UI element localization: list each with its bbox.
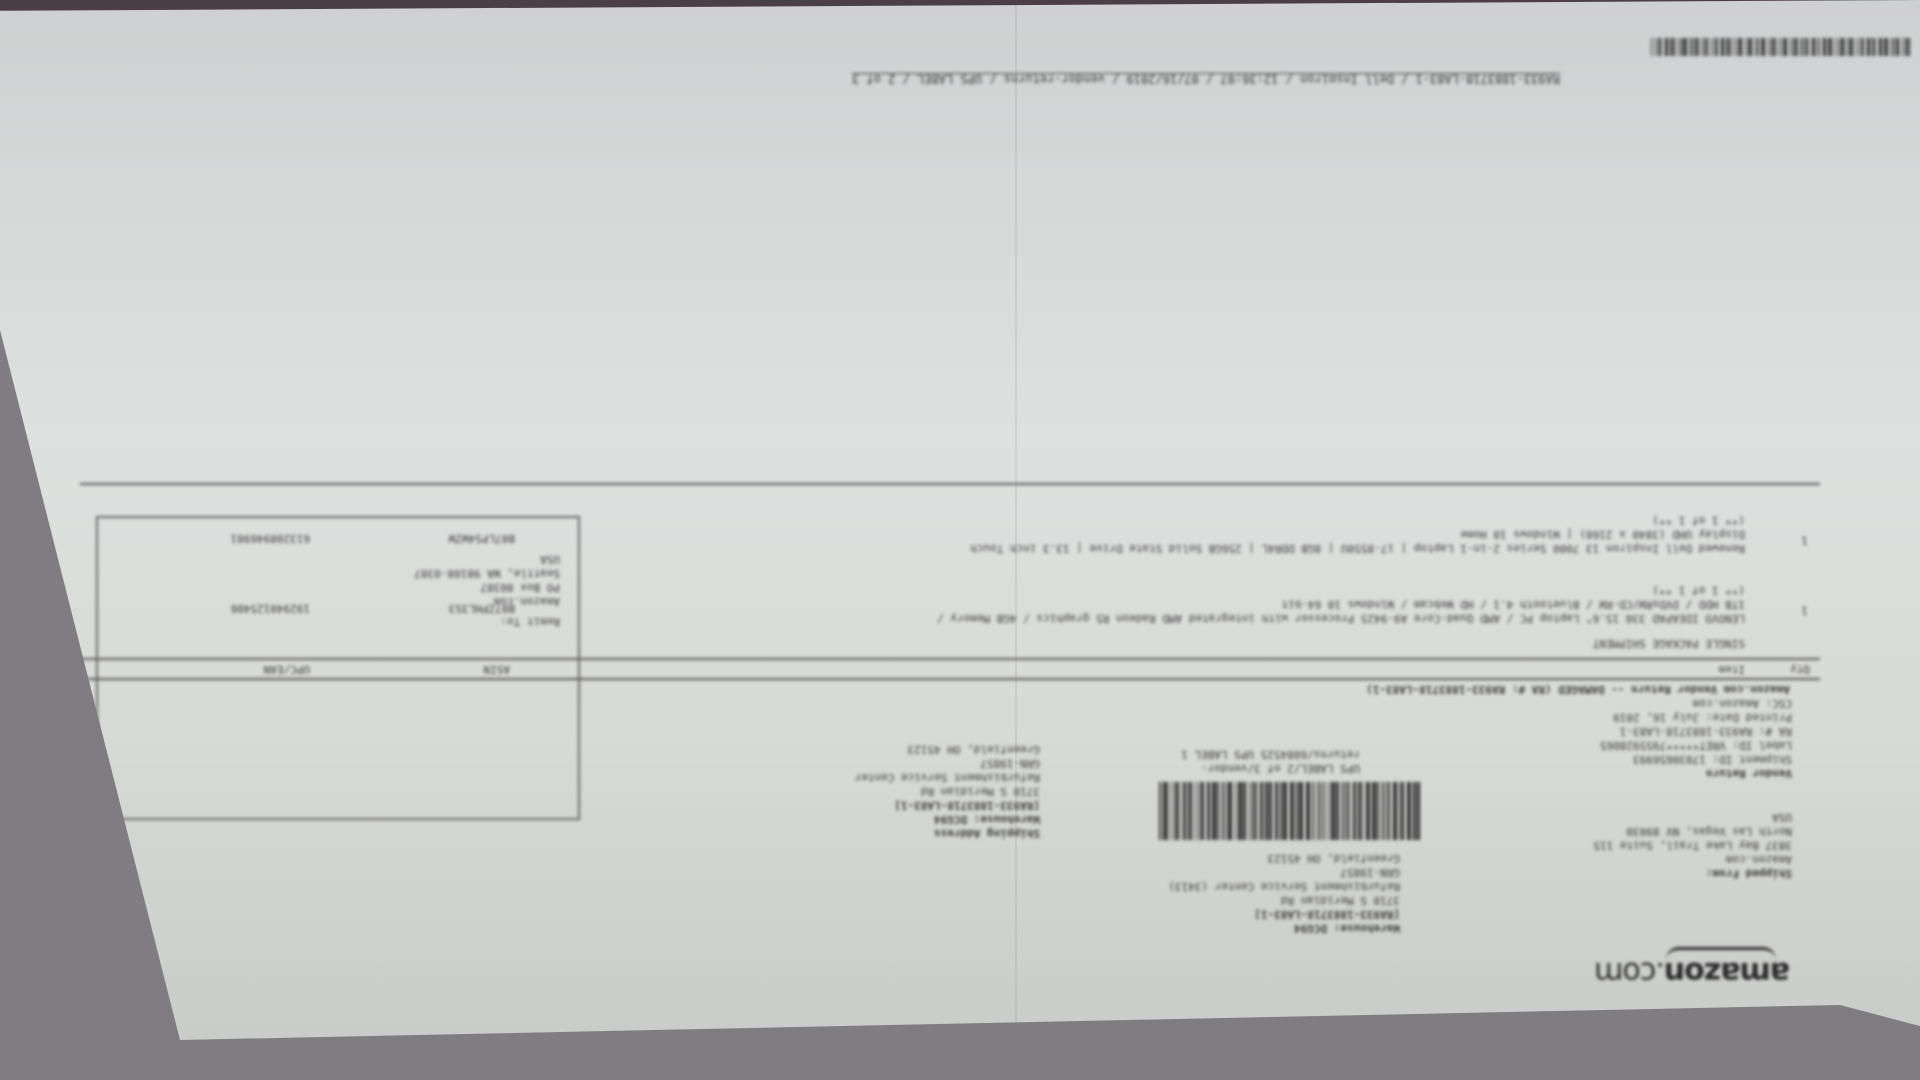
barcode-bar <box>1673 38 1675 56</box>
barcode-bar <box>1188 782 1191 840</box>
barcode-bar <box>1407 782 1411 840</box>
barcode-bar <box>1860 38 1861 56</box>
barcode-bar <box>1734 38 1735 56</box>
vendor-return-title: Vendor Return <box>1492 766 1792 780</box>
barcode-bar <box>1756 38 1758 56</box>
barcode-bar <box>1228 782 1232 840</box>
barcode-bar <box>1850 38 1852 56</box>
shipped-from-line: North Las Vegas, NV 89030 <box>1532 824 1792 838</box>
shipment-note: SINGLE PACKAGE SHIPMENT <box>1593 636 1745 650</box>
barcode-bar <box>1280 782 1282 840</box>
barcode-bar <box>1721 38 1724 56</box>
row-asin: B07ZPHL3S3 <box>449 601 515 615</box>
barcode-bar <box>1417 782 1420 840</box>
shipping-address-line: [RA933-1883718-LA83-1] <box>740 798 1040 812</box>
table-header-bottom-rule <box>80 658 1820 660</box>
barcode-bar <box>1175 782 1178 840</box>
shipping-address-line: GRN-19857 <box>740 756 1040 770</box>
barcode-bar <box>1296 782 1298 840</box>
warehouse-block: Warehouse: DCG94 [RA933-1883718-LA83-1] … <box>1080 851 1400 935</box>
barcode-caption-line: returns/6084525 UPS LABEL 1 <box>1181 747 1360 761</box>
amazon-logo: amazon.com <box>1595 955 1790 990</box>
barcode-bar <box>1312 782 1313 840</box>
barcode-bar <box>1658 38 1660 56</box>
barcode-bar <box>1760 38 1762 56</box>
row-asin: B07LPS4WZW <box>449 531 515 545</box>
barcode-bar <box>1832 38 1833 56</box>
barcode-bar <box>1908 38 1910 56</box>
barcode-bar <box>1212 782 1216 840</box>
warehouse-line: Warehouse: DCG94 <box>1080 921 1400 935</box>
barcode-bar <box>1192 782 1193 840</box>
row-qty: 1 <box>1801 533 1808 547</box>
row-item-line: (** 1 of 1 **) <box>1652 583 1745 597</box>
barcode-bar <box>1801 38 1803 56</box>
row-upc: 192940125406 <box>231 601 310 615</box>
barcode-icon <box>1100 782 1420 840</box>
table-title: Amazon.com Vendor Return -- DAMAGED (RA … <box>1366 682 1790 696</box>
vendor-return-line: CSC: Amazon.com <box>1492 696 1792 710</box>
table-bottom-rule <box>80 483 1820 485</box>
barcode-bar <box>1314 782 1315 840</box>
vendor-return-line: Printed Date: July 16, 2019 <box>1492 710 1792 724</box>
barcode-bar <box>1159 782 1161 840</box>
barcode-bar <box>1199 782 1200 840</box>
barcode-bar <box>1774 38 1776 56</box>
barcode-bar <box>1872 38 1874 56</box>
barcode-bar <box>1322 782 1323 840</box>
barcode-bar <box>1260 782 1263 840</box>
barcode-bar <box>1739 38 1742 56</box>
barcode-bar <box>1353 782 1356 840</box>
shipping-address-line: Greenfield, OH 45123 <box>740 742 1040 756</box>
barcode-bar <box>1819 38 1820 56</box>
barcode-bar <box>1681 38 1683 56</box>
barcode-bar <box>1697 38 1699 56</box>
logo-suffix: .com <box>1595 955 1665 990</box>
shipping-address-title: Shipping Address <box>740 826 1040 840</box>
barcode-bar <box>1401 782 1404 840</box>
warehouse-line: [RA933-1883718-LA83-1] <box>1080 907 1400 921</box>
barcode-bar <box>1771 38 1773 56</box>
barcode-bar <box>1690 38 1692 56</box>
barcode-bar <box>1318 782 1320 840</box>
shipping-address-line: Warehouse: DCG94 <box>740 812 1040 826</box>
barcode-bar <box>1879 38 1881 56</box>
shipping-address-line: 3710 S Meridian Rd <box>740 784 1040 798</box>
barcode-bar <box>1762 38 1765 56</box>
barcode-bar <box>1808 38 1809 56</box>
barcode-bar <box>1748 38 1751 56</box>
barcode-bar <box>1823 38 1826 56</box>
barcode-bar <box>1342 782 1344 840</box>
barcode-bar <box>1265 782 1268 840</box>
shipped-from-title: Shipped From: <box>1532 866 1792 880</box>
barcode-bar <box>1331 782 1335 840</box>
barcode-bar <box>1172 782 1173 840</box>
barcode-bar <box>1862 38 1864 56</box>
barcode-bar <box>1694 38 1696 56</box>
barcode-bar <box>1892 38 1894 56</box>
packing-slip-paper: RA933-1883718-LA83-1 / Dell Inspiron / 1… <box>0 0 1920 1080</box>
barcode-bar <box>1372 782 1376 840</box>
column-header-upc: UPC/EAN <box>264 663 310 676</box>
barcode-caption-line: UPS LABEL/2 of 3/vendor- <box>1181 761 1360 775</box>
barcode-bar <box>1207 782 1210 840</box>
barcode-bar <box>1269 782 1272 840</box>
barcode-bar <box>1382 782 1384 840</box>
warehouse-line: 3710 S Meridian Rd <box>1080 893 1400 907</box>
barcode-bar <box>1729 38 1731 56</box>
row-item-line: (** 1 of 1 **) <box>1652 513 1745 527</box>
barcode-bar <box>1399 782 1400 840</box>
barcode-icon <box>1650 38 1910 56</box>
barcode-bar <box>1283 782 1287 840</box>
barcode-bar <box>1793 38 1795 56</box>
barcode-bar <box>1358 782 1361 840</box>
barcode-bar <box>1768 38 1769 56</box>
barcode-bar <box>1737 38 1739 56</box>
barcode-bar <box>1705 38 1706 56</box>
barcode-bar <box>1222 782 1224 840</box>
barcode-bar <box>1716 38 1718 56</box>
barcode-bar <box>1226 782 1227 840</box>
barcode-bar <box>1328 782 1329 840</box>
barcode-bar <box>1745 38 1746 56</box>
row-item-line: Renewed Dell Inspiron 13 7000 Series 2-i… <box>970 541 1745 555</box>
barcode-bar <box>1393 782 1397 840</box>
barcode-bar <box>1796 38 1798 56</box>
barcode-bar <box>1183 782 1186 840</box>
column-header-qty: Qty <box>1790 663 1810 676</box>
barcode-bar <box>1179 782 1180 840</box>
table-row: 1 Renewed Dell Inspiron 13 7000 Series 2… <box>80 495 1820 555</box>
barcode-bar <box>1243 782 1246 840</box>
barcode-bar <box>1168 782 1169 840</box>
barcode-bar <box>1196 782 1197 840</box>
barcode-bar <box>1828 38 1831 56</box>
column-header-asin: ASIN <box>484 663 511 676</box>
barcode-bar <box>1665 38 1668 56</box>
barcode-bar <box>1362 782 1363 840</box>
barcode-bar <box>1711 38 1712 56</box>
barcode-bar <box>1655 38 1657 56</box>
barcode-bar <box>1702 38 1703 56</box>
shipping-address-block: Shipping Address Warehouse: DCG94 [RA933… <box>740 742 1040 840</box>
warehouse-line: GRN-19857 <box>1080 865 1400 879</box>
barcode-bar <box>1884 38 1887 56</box>
warehouse-line: Refurbishment Service Center (3413) <box>1080 879 1400 893</box>
top-label-line: RA933-1883718-LA83-1 / Dell Inspiron / 1… <box>852 72 1560 86</box>
barcode-bar <box>1857 38 1859 56</box>
barcode-bar <box>1235 782 1236 840</box>
barcode-bar <box>1706 38 1708 56</box>
barcode-bar <box>1252 782 1254 840</box>
barcode-bar <box>1163 782 1167 840</box>
barcode-bar <box>1896 38 1898 56</box>
barcode-bar <box>1779 38 1780 56</box>
barcode-bar <box>1336 782 1339 840</box>
barcode-caption: UPS LABEL/2 of 3/vendor- returns/6084525… <box>1181 747 1360 775</box>
row-item-line: Display UHD (3840 x 2160) | Windows 10 H… <box>1460 527 1745 541</box>
vendor-return-block: Vendor Return Shipment ID: 17030656993 L… <box>1492 696 1792 780</box>
barcode-bar <box>1290 782 1294 840</box>
barcode-bar <box>1346 782 1348 840</box>
barcode-bar <box>1899 38 1900 56</box>
barcode-bar <box>1902 38 1903 56</box>
barcode-bar <box>1853 38 1854 56</box>
barcode-bar <box>1249 782 1250 840</box>
barcode-bar <box>1752 38 1753 56</box>
shipped-from-block: Shipped From: Amazon.com 3837 Bay Lake T… <box>1532 810 1792 880</box>
row-item-line: LENOVO IDEAPAD 330 15.6" Laptop PC / AMD… <box>937 611 1745 625</box>
barcode-bar <box>1726 38 1728 56</box>
barcode-bar <box>1812 38 1815 56</box>
barcode-bar <box>1661 38 1663 56</box>
row-qty: 1 <box>1801 603 1808 617</box>
barcode-bar <box>1201 782 1204 840</box>
table-row: 1 LENOVO IDEAPAD 330 15.6" Laptop PC / A… <box>80 565 1820 625</box>
barcode-bar <box>1784 38 1787 56</box>
shipping-address-line: Refurbishment Service Center <box>740 770 1040 784</box>
barcode-bar <box>1388 782 1390 840</box>
barcode-bar <box>1790 38 1791 56</box>
vendor-return-line: Shipment ID: 17030656993 <box>1492 752 1792 766</box>
barcode-bar <box>1386 782 1387 840</box>
barcode-bar <box>1670 38 1672 56</box>
column-header-item: Item <box>1719 663 1746 676</box>
barcode-bar <box>1684 38 1687 56</box>
barcode-bar <box>1905 38 1907 56</box>
barcode-bar <box>1651 38 1652 56</box>
shipped-from-line: Amazon.com <box>1532 852 1792 866</box>
row-upc: 613208946981 <box>231 531 310 545</box>
barcode-bar <box>1275 782 1278 840</box>
barcode-bar <box>1836 38 1837 56</box>
packing-slip-content: RA933-1883718-LA83-1 / Dell Inspiron / 1… <box>0 0 1920 1080</box>
barcode-bar <box>1847 38 1848 56</box>
barcode-bar <box>1324 782 1325 840</box>
logo-brand: amazon <box>1665 955 1790 990</box>
vendor-return-line: Label ID: VRET*****7955928065 <box>1492 738 1792 752</box>
barcode-bar <box>1867 38 1870 56</box>
shipped-from-line: 3837 Bay Lake Trail, Suite 115 <box>1532 838 1792 852</box>
logo-smile-icon <box>1666 947 1776 960</box>
row-item-line: 1TB HDD / DVD±RW/CD-RW / Bluetooth 4.1 /… <box>1281 597 1745 611</box>
warehouse-line: Greenfield, OH 45123 <box>1080 851 1400 865</box>
table-header-top-rule <box>80 678 1820 680</box>
barcode-bar <box>1238 782 1242 840</box>
barcode-bar <box>1299 782 1303 840</box>
barcode-bar <box>1366 782 1370 840</box>
barcode-bar <box>1805 38 1807 56</box>
vendor-return-line: RA #: RA933-1883718-LA83-1 <box>1492 724 1792 738</box>
barcode-bar <box>1714 38 1715 56</box>
barcode-bar <box>1217 782 1219 840</box>
barcode-bar <box>1306 782 1310 840</box>
barcode-bar <box>1413 782 1416 840</box>
barcode-bar <box>1839 38 1841 56</box>
barcode-bar <box>1841 38 1843 56</box>
barcode-bar <box>1255 782 1257 840</box>
barcode-bar <box>1875 38 1877 56</box>
shipped-from-line: USA <box>1532 810 1792 824</box>
barcode-bar <box>1678 38 1680 56</box>
barcode-bar <box>1349 782 1350 840</box>
barcode-bar <box>1817 38 1819 56</box>
barcode-bar <box>1888 38 1889 56</box>
barcode-bar <box>1377 782 1379 840</box>
barcode-bar <box>1782 38 1784 56</box>
